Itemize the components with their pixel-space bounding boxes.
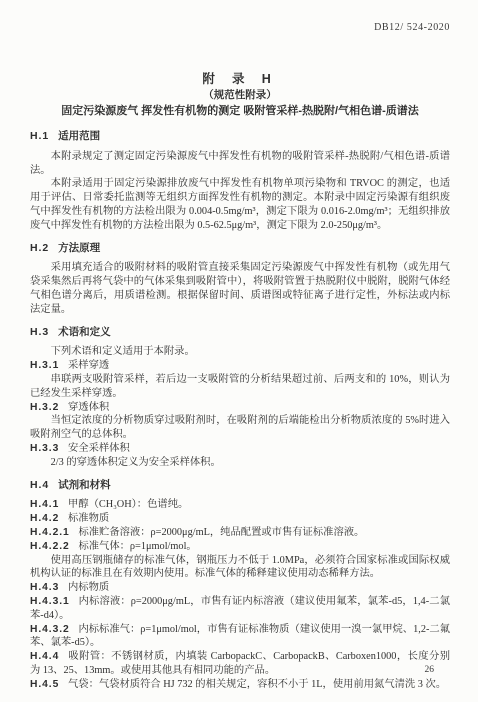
- clause-number: H.4.2.2: [30, 541, 70, 552]
- clause-text: 内标物质: [68, 582, 109, 593]
- clause-text: 标准气体：ρ=1μmol/mol。: [78, 541, 196, 552]
- paragraph: 串联两支吸附管采样，若后边一支吸附管的分析结果超过前、后两支和的 10%，则认为…: [30, 373, 450, 401]
- clause-text: 标准贮备溶液：ρ=2000μg/mL，纯品配置或市售有证标准溶液。: [78, 527, 364, 538]
- section-heading: H.1适用范围: [30, 130, 450, 144]
- section-title: 方法原理: [58, 242, 100, 254]
- section-heading: H.3术语和定义: [30, 326, 450, 340]
- clause-text: 气袋：气袋材质符合 HJ 732 的相关规定，容积不小于 1L，使用前用氮气清洗…: [68, 679, 446, 690]
- doc-code: DB12/ 524-2020: [30, 22, 450, 33]
- clause-number: H.2: [30, 242, 49, 254]
- clause-item: H.4.3.1内标溶液：ρ=2000μg/mL，市售有证内标溶液（建议使用氟苯，…: [30, 595, 450, 623]
- clause-number: H.4: [30, 479, 49, 491]
- clause-number: H.4.3: [30, 582, 59, 593]
- clause-text: 甲醇（CH₃OH）：色谱纯。: [68, 499, 188, 510]
- section-title: 术语和定义: [58, 326, 111, 338]
- document-body: H.1适用范围本附录规定了测定固定污染源废气中挥发性有机物的吸附管采样-热脱附/…: [30, 130, 450, 691]
- clause-number: H.4.1: [30, 499, 59, 510]
- clause-item: H.4.2标准物质: [30, 512, 450, 526]
- clause-item: H.4.1甲醇（CH₃OH）：色谱纯。: [30, 498, 450, 512]
- paragraph: 本附录适用于固定污染源排放废气中挥发性有机物单项污染物和 TRVOC 的测定，也…: [30, 177, 450, 232]
- title-block: 附 录 H （规范性附录） 固定污染源废气 挥发性有机物的测定 吸附管采样-热脱…: [30, 71, 450, 120]
- clause-text: 内标标准气：ρ=1μmol/mol，市售有证标准物质（建议使用一溴一氯甲烷、1,…: [30, 624, 450, 649]
- appendix-kind: （规范性附录）: [30, 88, 450, 103]
- clause-item: H.3.1采样穿透: [30, 359, 450, 373]
- section-heading: H.4试剂和材料: [30, 479, 450, 493]
- clause-text: 吸附管：不锈钢材质，内填装 CarbopackC、CarbopackB、Carb…: [30, 651, 450, 676]
- paragraph: 使用高压钢瓶储存的标准气体，钢瓶压力不低于 1.0MPa，必须符合国家标准或国际…: [30, 554, 450, 582]
- paragraph: 本附录规定了测定固定污染源废气中挥发性有机物的吸附管采样-热脱附/气相色谱-质谱…: [30, 150, 450, 178]
- appendix-name: 固定污染源废气 挥发性有机物的测定 吸附管采样-热脱附/气相色谱-质谱法: [30, 103, 450, 120]
- clause-number: H.3.1: [30, 360, 59, 371]
- clause-item: H.3.3安全采样体积: [30, 442, 450, 456]
- clause-number: H.1: [30, 130, 49, 142]
- appendix-title: 附 录 H: [30, 71, 450, 88]
- clause-item: H.3.2穿透体积: [30, 401, 450, 415]
- clause-number: H.4.4: [30, 651, 59, 662]
- section-title: 试剂和材料: [58, 479, 111, 491]
- clause-item: H.4.3内标物质: [30, 581, 450, 595]
- document-page: DB12/ 524-2020 附 录 H （规范性附录） 固定污染源废气 挥发性…: [0, 0, 478, 702]
- clause-item: H.4.5气袋：气袋材质符合 HJ 732 的相关规定，容积不小于 1L，使用前…: [30, 678, 450, 692]
- paragraph: 当恒定浓度的分析物质穿过吸附剂时，在吸附剂的后端能检出分析物质浓度的 5%时进入…: [30, 414, 450, 442]
- clause-text: 穿透体积: [68, 402, 109, 413]
- clause-text: 采样穿透: [68, 360, 109, 371]
- clause-number: H.4.2: [30, 513, 59, 524]
- page-number: 26: [425, 665, 435, 675]
- paragraph: 2/3 的穿透体积定义为安全采样体积。: [30, 456, 450, 470]
- clause-text: 内标溶液：ρ=2000μg/mL，市售有证内标溶液（建议使用氟苯，氯苯-d5，1…: [30, 596, 450, 621]
- clause-number: H.4.3.1: [30, 596, 70, 607]
- clause-number: H.4.3.2: [30, 624, 70, 635]
- clause-text: 安全采样体积: [68, 443, 130, 454]
- clause-item: H.4.2.2标准气体：ρ=1μmol/mol。: [30, 540, 450, 554]
- clause-item: H.4.4吸附管：不锈钢材质，内填装 CarbopackC、CarbopackB…: [30, 650, 450, 678]
- clause-number: H.3.3: [30, 443, 59, 454]
- clause-number: H.3: [30, 326, 49, 338]
- paragraph: 采用填充适合的吸附材料的吸附管直接采集固定污染源废气中挥发性有机物（或先用气袋采…: [30, 261, 450, 316]
- clause-item: H.4.2.1标准贮备溶液：ρ=2000μg/mL，纯品配置或市售有证标准溶液。: [30, 526, 450, 540]
- clause-number: H.4.2.1: [30, 527, 70, 538]
- clause-item: H.4.3.2内标标准气：ρ=1μmol/mol，市售有证标准物质（建议使用一溴…: [30, 623, 450, 651]
- clause-number: H.4.5: [30, 679, 59, 690]
- clause-number: H.3.2: [30, 402, 59, 413]
- section-heading: H.2方法原理: [30, 242, 450, 256]
- section-title: 适用范围: [58, 130, 100, 142]
- clause-text: 标准物质: [68, 513, 109, 524]
- paragraph: 下列术语和定义适用于本附录。: [30, 345, 450, 359]
